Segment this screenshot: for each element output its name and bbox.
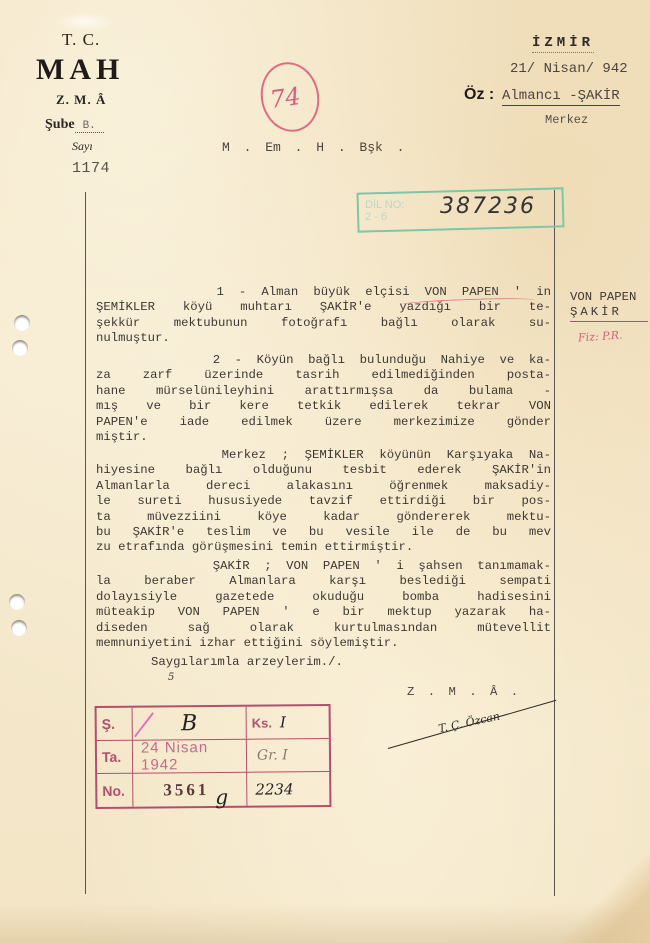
- body-line: memnuniyetini izhar ettiğini söylemiştir…: [96, 636, 551, 651]
- stamp-sube-label: Ş.: [97, 716, 115, 732]
- body-line: Merkez ; ŞEMİKLER köyünün Karşıyaka Na-: [96, 448, 551, 463]
- letterhead-branch: ŞubeB.: [45, 117, 104, 133]
- body-line: müteakip VON PAPEN ' e bir mektup yazara…: [96, 605, 551, 620]
- paragraph-2: 2 - Köyün bağlı bulunduğu Nahiye ve ka- …: [96, 353, 551, 445]
- stamp-no-right-value: 2234: [247, 780, 293, 798]
- body-line: 2 - Köyün bağlı bulunduğu Nahiye ve ka-: [96, 353, 551, 368]
- stamp-cell-sube-label: Ş.: [97, 708, 133, 741]
- body-line: bu ŞAKİR'e teslim ve bu vesile ile de bu…: [96, 525, 551, 540]
- letterhead-unit: Z. M. Â: [56, 92, 106, 108]
- green-stamp-label-line1: DİL NO:: [365, 199, 404, 211]
- small-handwritten-mark: 5: [168, 672, 174, 683]
- stamp-cell-date-label: Ta.: [97, 741, 133, 774]
- stamp-cell-no-right: 2234: [247, 772, 329, 806]
- header-date: 21/ Nisan/ 942: [510, 61, 628, 77]
- stamp-cell-no-label: No.: [97, 774, 133, 807]
- branch-value: B.: [75, 120, 104, 133]
- body-line: diseden sağ olarak kurtulmasından müteve…: [96, 621, 551, 636]
- body-line: le sureti hususiyede tavzif ettirdiği bi…: [96, 494, 551, 509]
- addressee: M . Em . H . Bşk .: [222, 140, 404, 155]
- stamp-cell-sube-value: B: [133, 707, 247, 741]
- body-line: hiyesine bağlı olduğunu tesbit ederek ŞA…: [96, 463, 551, 478]
- stamp-cell-ks: Ks.I: [247, 706, 329, 740]
- destination: Merkez: [545, 113, 588, 127]
- green-stamp-number: 387236: [440, 194, 536, 219]
- header-city: İZMİR: [532, 35, 594, 53]
- branch-label: Şube: [45, 117, 75, 132]
- stamp-sube-handwritten: B: [181, 711, 197, 736]
- body-line: za zarf üzerinde tasrih edilmediğinden p…: [96, 368, 551, 383]
- stamp-group-value: Gr. I: [247, 747, 288, 763]
- stamp-ks-label: Ks.: [247, 715, 272, 730]
- punch-hole: [9, 594, 25, 610]
- green-stamp-label-line2: 2 - 6: [365, 211, 387, 223]
- body-line: PAPEN'e iade edilmek üzere merkezimize g…: [96, 415, 551, 430]
- stamp-date-value: 24 Nisan 1942: [133, 739, 246, 774]
- subject-label: Öz :: [464, 86, 494, 104]
- stamp-cell-date-value: 24 Nisan 1942: [133, 740, 247, 774]
- signature-block: Z . M . Â .: [407, 685, 518, 699]
- body-line: zu etrafında görüşmesini temin ettirmişt…: [96, 540, 551, 555]
- paper-shadow: [0, 903, 650, 943]
- punch-hole: [11, 620, 27, 636]
- punch-hole: [12, 340, 28, 356]
- stamp-ks-value: I: [272, 713, 286, 731]
- subject-value: Almancı -ŞAKİR: [502, 88, 620, 106]
- body-line: mış ve bir kere tetkik edilerek tekrar V…: [96, 399, 551, 414]
- body-line: ta müvezziini köye kadar göndererek mekt…: [96, 510, 551, 525]
- body-line: hane mürselünileyhini arattırmışsa da bu…: [96, 384, 551, 399]
- registry-stamp: Ş. B Ks.I Ta. 24 Nisan 1942 Gr. I No. 35…: [95, 704, 332, 809]
- stamp-no-value: 3561: [133, 780, 209, 801]
- paragraph-3: Merkez ; ŞEMİKLER köyünün Karşıyaka Na- …: [96, 448, 551, 556]
- stamp-date-label: Ta.: [97, 749, 121, 765]
- side-note-line-2: ŞAKİR: [570, 305, 622, 319]
- left-margin-line: [85, 192, 86, 894]
- body-line: şekkür mektubunun fotoğrafı bağlı olarak…: [96, 316, 551, 331]
- letterhead-number-value: 1174: [72, 160, 110, 177]
- staple-tear: [55, 12, 115, 32]
- letterhead-agency: MAH: [36, 53, 124, 87]
- body-line: la beraber Almanlara karşı beslediği sem…: [96, 574, 551, 589]
- paragraph-4: ŞAKİR ; VON PAPEN ' i şahsen tanımamak- …: [96, 559, 551, 651]
- body-line: nulmuştur.: [96, 331, 551, 346]
- pink-slash-mark: [134, 712, 154, 737]
- body-line: miştir.: [96, 430, 551, 445]
- punch-hole: [14, 315, 30, 331]
- corner-fold: [560, 823, 650, 943]
- letterhead-number-label: Sayı: [72, 139, 93, 154]
- red-circle-number: 74: [268, 82, 302, 114]
- body-line: ŞAKİR ; VON PAPEN ' i şahsen tanımamak-: [96, 559, 551, 574]
- stamp-no-label: No.: [97, 782, 125, 798]
- green-stamp-label: DİL NO: 2 - 6: [365, 199, 404, 223]
- stamp-cell-group: Gr. I: [247, 739, 329, 773]
- right-margin-line: [554, 190, 555, 896]
- side-note-line-1: VON PAPEN: [570, 290, 636, 304]
- paragraph-1: 1 - Alman büyük elçisi VON PAPEN ' in ŞE…: [96, 285, 551, 347]
- body-line: dolayısiyle gazetede okuduğu bomba hadis…: [96, 590, 551, 605]
- letterhead-country: T. C.: [62, 30, 100, 50]
- stamp-cell-no-value: 3561g: [133, 773, 247, 807]
- stamp-initial: g: [209, 784, 228, 808]
- body-line: Almanlarla dereci alakasını öğrenmek mak…: [96, 479, 551, 494]
- closing-line: Saygılarımla arzeylerim./.: [151, 655, 343, 669]
- side-note-underline: [570, 321, 648, 322]
